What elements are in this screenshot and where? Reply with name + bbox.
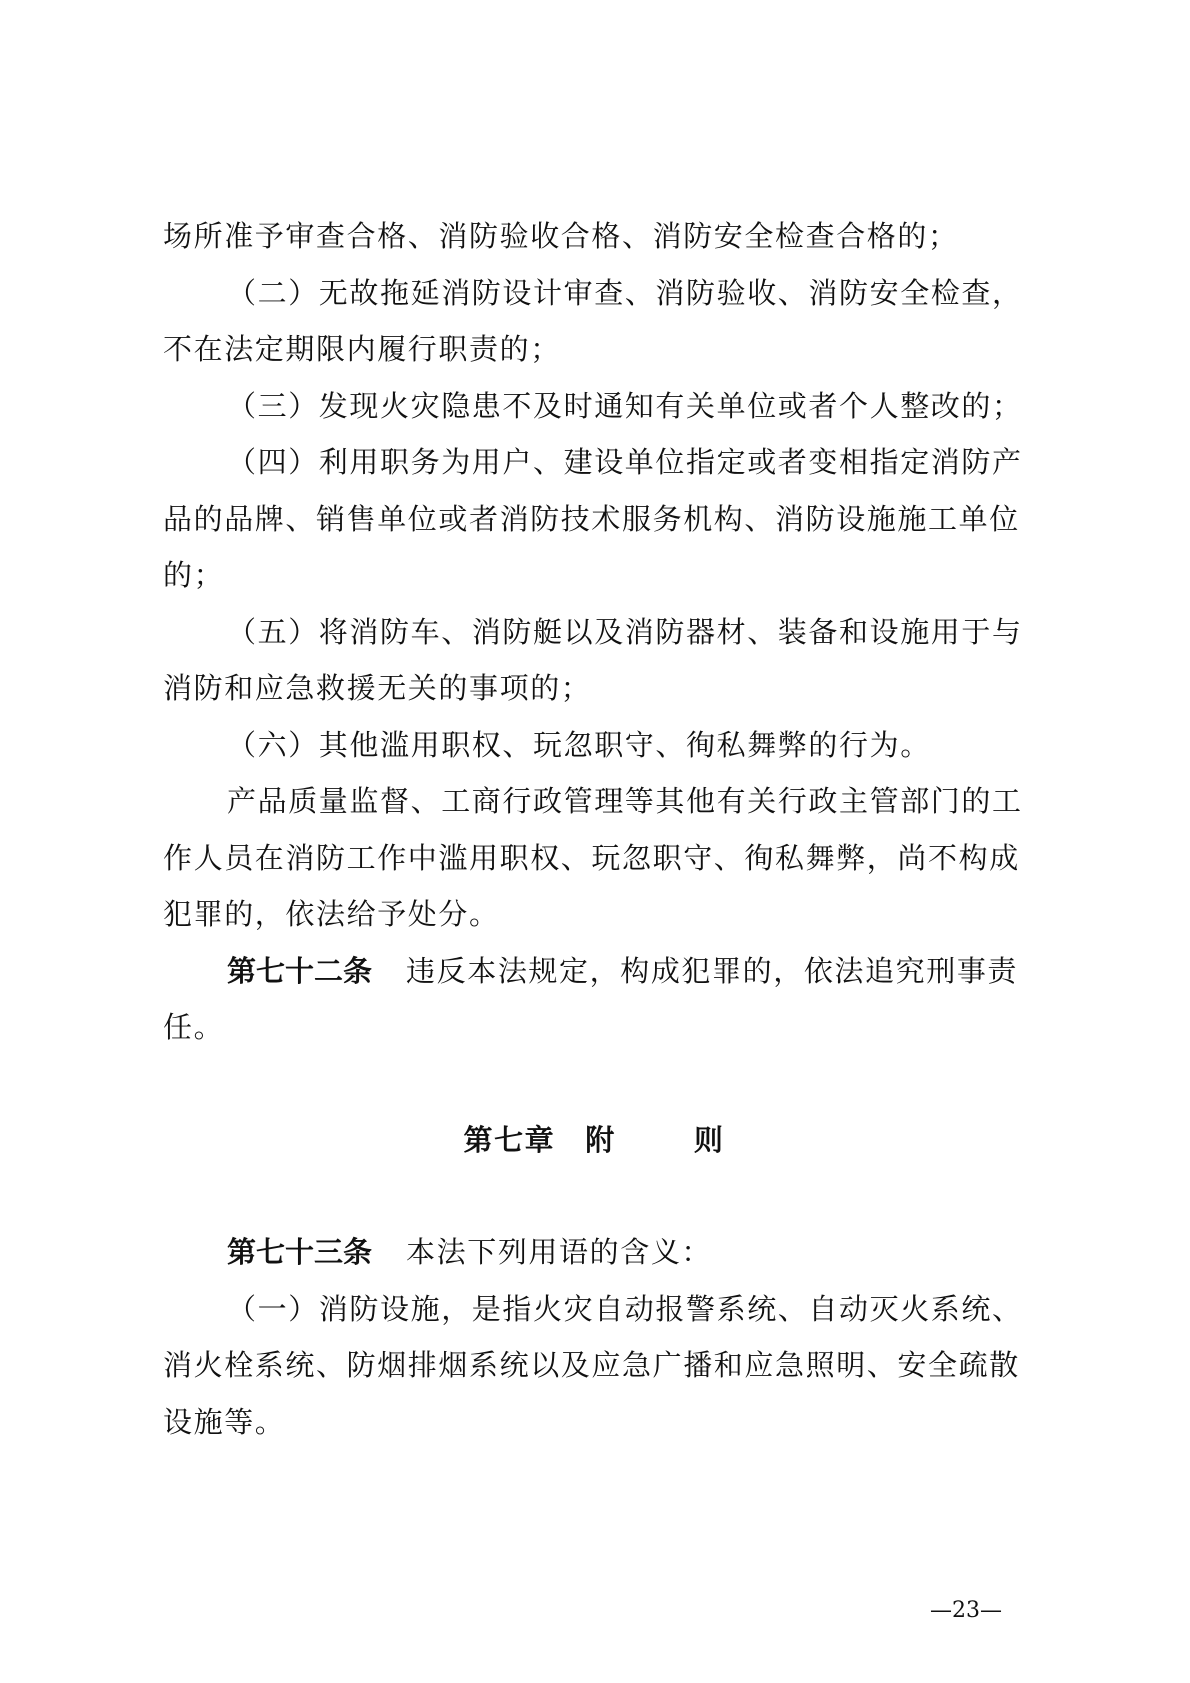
text-line: （二）无故拖延消防设计审查、消防验收、消防安全检查，: [163, 265, 1025, 322]
text-line: 消防和应急救援无关的事项的；: [163, 660, 1025, 717]
text-line: 品的品牌、销售单位或者消防技术服务机构、消防设施施工单位: [163, 491, 1025, 548]
text-line: 产品质量监督、工商行政管理等其他有关行政主管部门的工: [163, 773, 1025, 830]
text-line: 场所准予审查合格、消防验收合格、消防安全检查合格的；: [163, 208, 1025, 265]
text-line: （一）消防设施，是指火灾自动报警系统、自动灭火系统、: [163, 1281, 1025, 1338]
text-line: 作人员在消防工作中滥用职权、玩忽职守、徇私舞弊，尚不构成: [163, 830, 1025, 887]
text-line: （六）其他滥用职权、玩忽职守、徇私舞弊的行为。: [163, 717, 1025, 774]
page-number: —23—: [930, 1598, 1002, 1623]
text-line: 不在法定期限内履行职责的；: [163, 321, 1025, 378]
text-line: 犯罪的，依法给予处分。: [163, 886, 1025, 943]
article-73: 第七十三条本法下列用语的含义：: [163, 1224, 1025, 1281]
chapter-title: 第七章附则: [163, 1112, 1025, 1169]
article-label: 第七十二条: [227, 954, 372, 988]
text-line: 消火栓系统、防烟排烟系统以及应急广播和应急照明、安全疏散: [163, 1337, 1025, 1394]
text-line: 任。: [163, 999, 1025, 1056]
text-line: （四）利用职务为用户、建设单位指定或者变相指定消防产: [163, 434, 1025, 491]
article-text: 违反本法规定，构成犯罪的，依法追究刑事责: [406, 954, 1018, 988]
article-label: 第七十三条: [227, 1235, 372, 1269]
text-line: 设施等。: [163, 1394, 1025, 1451]
text-line: 的；: [163, 547, 1025, 604]
text-line: （五）将消防车、消防艇以及消防器材、装备和设施用于与: [163, 604, 1025, 661]
document-page: 场所准予审查合格、消防验收合格、消防安全检查合格的； （二）无故拖延消防设计审查…: [163, 208, 1025, 1450]
article-text: 本法下列用语的含义：: [406, 1235, 712, 1269]
text-line: （三）发现火灾隐患不及时通知有关单位或者个人整改的；: [163, 378, 1025, 435]
article-72: 第七十二条违反本法规定，构成犯罪的，依法追究刑事责: [163, 943, 1025, 1000]
